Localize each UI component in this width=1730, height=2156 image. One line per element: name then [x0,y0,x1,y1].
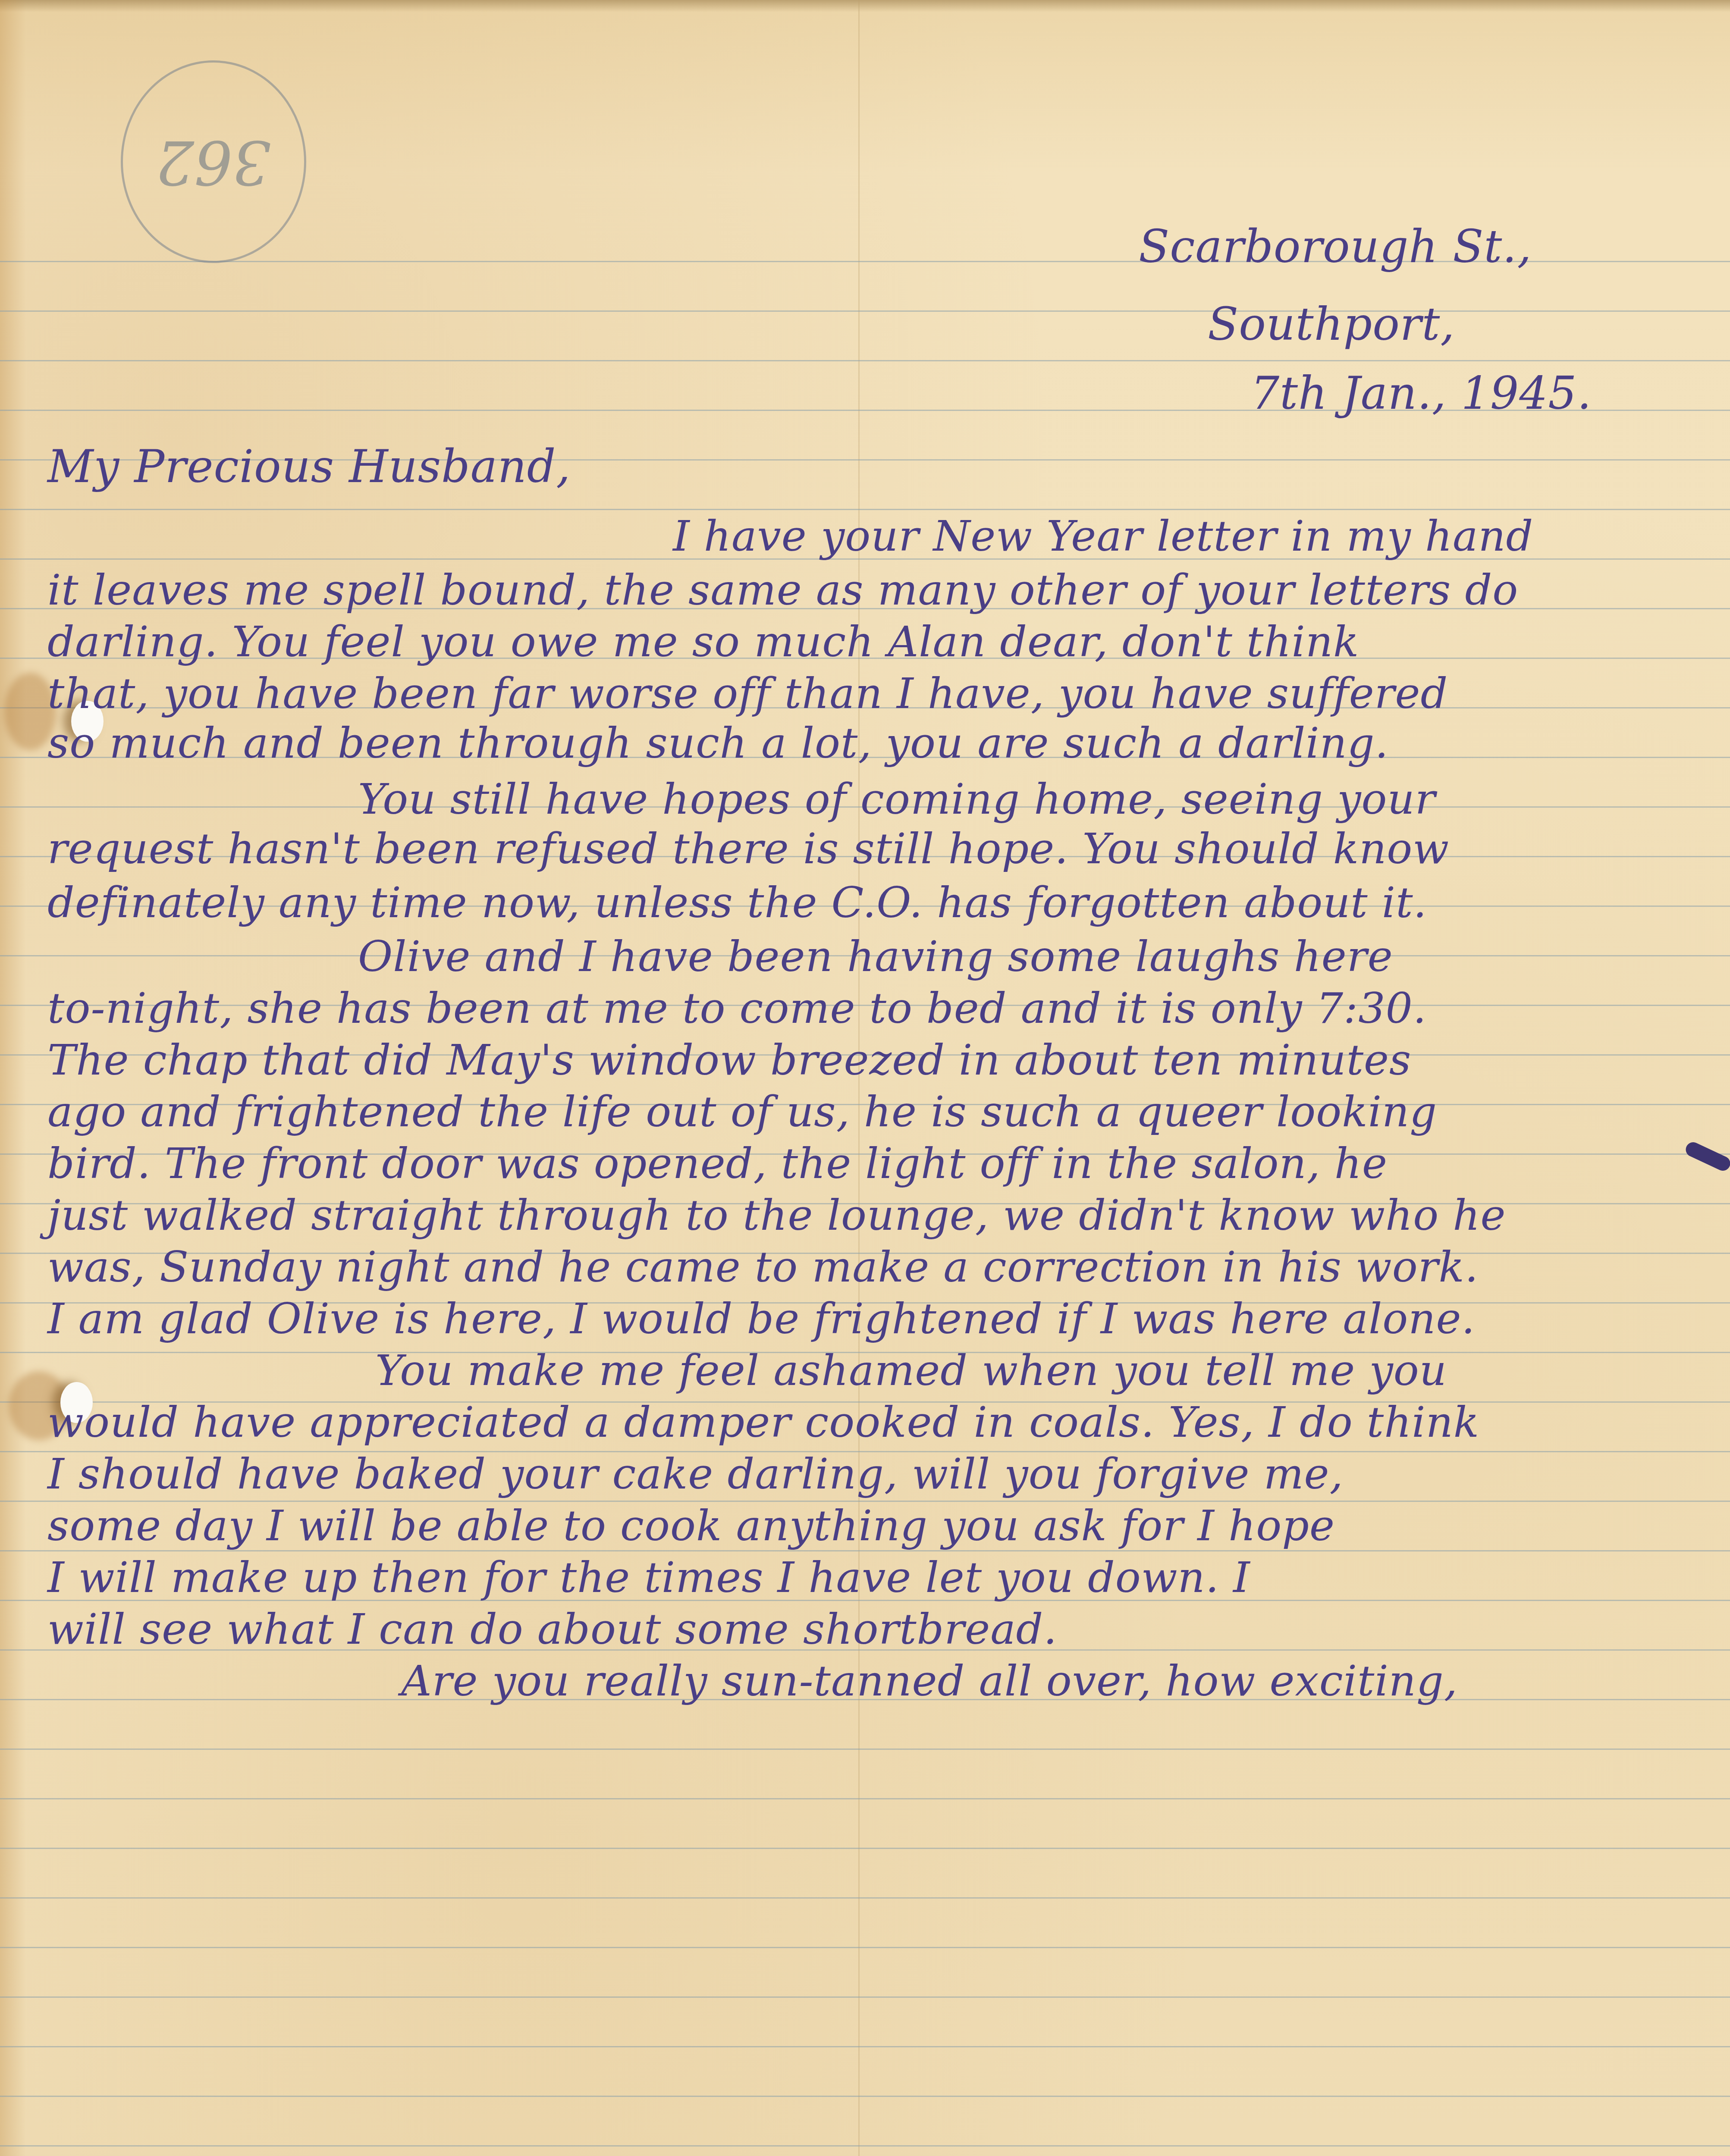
ruled-line [0,1798,1730,1799]
ink-blot [1683,1140,1730,1173]
ruled-line [0,2145,1730,2147]
letter-line: I should have baked your cake darling, w… [47,1453,1344,1495]
archive-number-circle: 362 [121,60,306,263]
paper-top-edge [0,0,1730,12]
letter-line: request hasn't been refused there is sti… [47,828,1449,870]
ruled-line [0,310,1730,312]
letter-line: just walked straight through to the loun… [47,1194,1506,1237]
letter-line: it leaves me spell bound, the same as ma… [47,569,1518,611]
ruled-line [0,2096,1730,2097]
address-line-1: Scarborough St., [1139,224,1532,269]
ruled-line [0,1848,1730,1849]
letter-line: would have appreciated a damper cooked i… [47,1401,1479,1444]
ruled-line [0,2046,1730,2047]
letter-line: You make me feel ashamed when you tell m… [375,1350,1447,1392]
ruled-line [0,1749,1730,1750]
address-line-2: Southport, [1208,302,1455,347]
letter-line: some day I will be able to cook anything… [47,1505,1335,1547]
letter-date: 7th Jan., 1945. [1251,371,1592,416]
letter-line: I have your New Year letter in my hand [673,515,1533,558]
ruled-line [0,1996,1730,1998]
ruled-line [0,1947,1730,1948]
letter-line: I will make up then for the times I have… [47,1557,1250,1599]
letter-line: to-night, she has been at me to come to … [47,987,1427,1030]
letter-line: will see what I can do about some shortb… [47,1608,1058,1651]
paper-left-edge [0,0,26,2156]
letter-line: You still have hopes of coming home, see… [358,778,1436,821]
letter-line: The chap that did May's window breezed i… [47,1039,1411,1081]
letter-line: so much and been through such a lot, you… [47,722,1389,765]
letter-line: bird. The front door was opened, the lig… [47,1143,1388,1185]
archive-number: 362 [156,127,271,197]
letter-line: Are you really sun-tanned all over, how … [401,1660,1458,1702]
letter-line: was, Sunday night and he came to make a … [47,1246,1479,1288]
letter-line: that, you have been far worse off than I… [47,673,1448,715]
ruled-line [0,509,1730,510]
letter-line: Olive and I have been having some laughs… [358,936,1393,978]
letter-line: definately any time now, unless the C.O.… [47,882,1427,924]
salutation: My Precious Husband, [47,444,571,489]
letter-line: darling. You feel you owe me so much Ala… [47,621,1359,663]
letter-line: I am glad Olive is here, I would be frig… [47,1298,1476,1340]
letter-page: 362 Scarborough St., Southport, 7th Jan.… [0,0,1730,2156]
ruled-line [0,360,1730,361]
letter-line: ago and frightened the life out of us, h… [47,1091,1437,1133]
ruled-line [0,1897,1730,1899]
